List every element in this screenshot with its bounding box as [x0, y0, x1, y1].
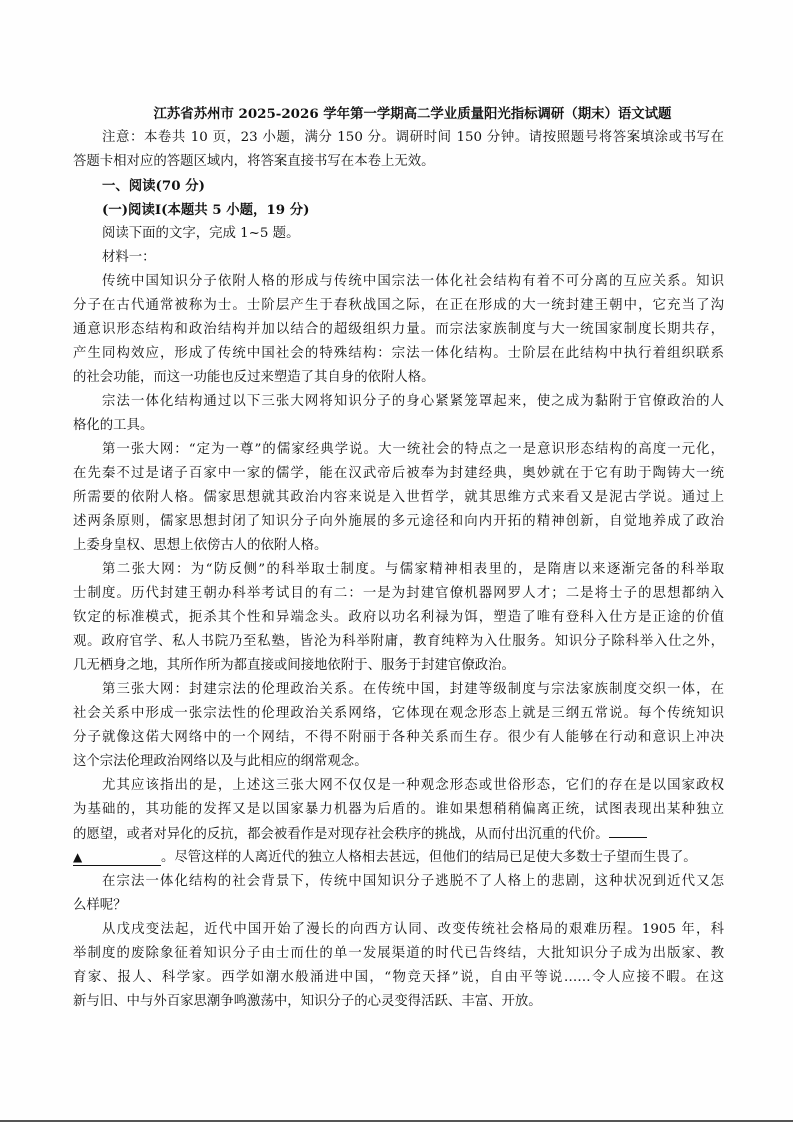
- triangle-marker-icon: ▲: [73, 850, 82, 864]
- paragraph-line: 上委身皇权、思想上依傍古人的依附人格。: [73, 534, 724, 558]
- page-title: 江苏省苏州市 2025-2026 学年第一学期高二学业质量阳光指标调研（期末）语…: [73, 102, 724, 126]
- paragraph-line: 第一张大网：“定为一尊”的儒家经典学说。大一统社会的特点之一是意识形态结构的高度…: [73, 438, 724, 462]
- paragraph-line: 么样呢？: [73, 894, 724, 918]
- paragraph-line: 这个宗法伦理政治网络以及与此相应的纲常观念。: [73, 750, 724, 774]
- paragraph-line-text: 。尽管这样的人离近代的独立人格相去甚远，但他们的结局已足使大多数士子望而生畏了。: [161, 850, 697, 865]
- paragraph-8: 从戊戌变法起，近代中国开始了漫长的向西方认同、改变传统社会格局的艰难历程。190…: [73, 918, 724, 1014]
- material-label: 材料一：: [73, 246, 724, 270]
- paragraph-line: 观。政府官学、私人书院乃至私塾，皆沦为科举附庸，教育纯粹为入仕服务。知识分子除科…: [73, 630, 724, 654]
- paragraph-line: 述两条原则，儒家思想封闭了知识分子向外施展的多元途径和向内开拓的精神创新，自觉地…: [73, 510, 724, 534]
- answer-blank[interactable]: ▲: [73, 850, 161, 866]
- paragraph-line: 传统中国知识分子依附人格的形成与传统中国宗法一体化社会结构有着不可分离的互应关系…: [73, 270, 724, 294]
- paragraph-line: 士制度。历代封建王朝办科举考试目的有二：一是为封建官僚机器网罗人才；二是将士子的…: [73, 582, 724, 606]
- instruction-text: 阅读下面的文字，完成 1~5 题。: [73, 222, 724, 246]
- paragraph-line: 从戊戌变法起，近代中国开始了漫长的向西方认同、改变传统社会格局的艰难历程。190…: [73, 918, 724, 942]
- paragraph-line: 所需要的依附人格。儒家思想就其政治内容来说是入世哲学，就其思维方式来看又是泥古学…: [73, 486, 724, 510]
- paragraph-line: 在宗法一体化结构的社会背景下，传统中国知识分子逃脱不了人格上的悲剧，这种状况到近…: [73, 870, 724, 894]
- paragraph-line: 为基础的，其功能的发挥又是以国家暴力机器为后盾的。谁如果想稍稍偏离正统，试图表现…: [73, 798, 724, 822]
- notice-line-2: 答题卡相对应的答题区域内，将答案直接书写在本卷上无效。: [73, 150, 724, 174]
- paragraph-line: 产生同构效应，形成了传统中国社会的特殊结构：宗法一体化结构。士阶层在此结构中执行…: [73, 342, 724, 366]
- page-content: 江苏省苏州市 2025-2026 学年第一学期高二学业质量阳光指标调研（期末）语…: [73, 102, 724, 1014]
- paragraph-line: 育家、报人、科学家。西学如潮水般涌进中国，“物竞天择”说，自由平等说……令人应接…: [73, 966, 724, 990]
- paragraph-line: 通意识形态结构和政治结构并加以结合的超级组织力量。而宗法家族制度与大一统国家制度…: [73, 318, 724, 342]
- subsection-heading: (一)阅读Ⅰ(本题共 5 小题，19 分): [73, 198, 724, 222]
- paragraph-line: 几无栖身之地，其所作所为都直接或间接地依附于、服务于封建官僚政治。: [73, 654, 724, 678]
- section-heading: 一、阅读(70 分): [73, 174, 724, 198]
- paragraph-4: 第二张大网：为“防反侧”的科举取士制度。与儒家精神相表里的，是隋唐以来逐渐完备的…: [73, 558, 724, 678]
- paragraph-7: 在宗法一体化结构的社会背景下，传统中国知识分子逃脱不了人格上的悲剧，这种状况到近…: [73, 870, 724, 918]
- paragraph-1: 传统中国知识分子依附人格的形成与传统中国宗法一体化社会结构有着不可分离的互应关系…: [73, 270, 724, 390]
- paragraph-line: 新与旧、中与外百家思潮争鸣激荡中，知识分子的心灵变得活跃、丰富、开放。: [73, 990, 724, 1014]
- paragraph-line: 尤其应该指出的是，上述这三张大网不仅仅是一种观念形态或世俗形态，它们的存在是以国…: [73, 774, 724, 798]
- paragraph-line: 分子就像这偌大网络中的一个网结，不得不附丽于各种关系而生存。很少有人能够在行动和…: [73, 726, 724, 750]
- paragraph-line: 第二张大网：为“防反侧”的科举取士制度。与儒家精神相表里的，是隋唐以来逐渐完备的…: [73, 558, 724, 582]
- paragraph-line: 格化的工具。: [73, 414, 724, 438]
- answer-blank-start[interactable]: [609, 822, 647, 838]
- paragraph-line-with-blank: 的愿望，或者对异化的反抗，都会被看作是对现存社会秩序的挑战，从而付出沉重的代价。: [73, 822, 724, 846]
- paragraph-2: 宗法一体化结构通过以下三张大网将知识分子的身心紧紧笼罩起来，使之成为黏附于官僚政…: [73, 390, 724, 438]
- paragraph-line-text: 的愿望，或者对异化的反抗，都会被看作是对现存社会秩序的挑战，从而付出沉重的代价。: [73, 827, 609, 842]
- notice-line-1: 注意：本卷共 10 页，23 小题，满分 150 分。调研时间 150 分钟。请…: [73, 126, 724, 150]
- paragraph-line: 分子在古代通常被称为士。士阶层产生于春秋战国之际，在正在形成的大一统封建王朝中，…: [73, 294, 724, 318]
- paragraph-line: 宗法一体化结构通过以下三张大网将知识分子的身心紧紧笼罩起来，使之成为黏附于官僚政…: [73, 390, 724, 414]
- paragraph-line: 在先秦不过是诸子百家中一家的儒学，能在汉武帝后被奉为封建经典，奥妙就在于它有助于…: [73, 462, 724, 486]
- document-page: 江苏省苏州市 2025-2026 学年第一学期高二学业质量阳光指标调研（期末）语…: [0, 0, 793, 1122]
- paragraph-line: 举制度的废除象征着知识分子由士而仕的单一发展渠道的时代已告终结，大批知识分子成为…: [73, 942, 724, 966]
- paragraph-line: 第三张大网：封建宗法的伦理政治关系。在传统中国，封建等级制度与宗法家族制度交织一…: [73, 678, 724, 702]
- paragraph-line-after-blank: ▲。尽管这样的人离近代的独立人格相去甚远，但他们的结局已足使大多数士子望而生畏了…: [73, 846, 724, 870]
- paragraph-5: 第三张大网：封建宗法的伦理政治关系。在传统中国，封建等级制度与宗法家族制度交织一…: [73, 678, 724, 774]
- paragraph-line: 社会关系中形成一张宗法性的伦理政治关系网络，它体现在观念形态上就是三纲五常说。每…: [73, 702, 724, 726]
- paragraph-line: 钦定的标准模式，扼杀其个性和异端念头。政府以功名利禄为饵，塑造了唯有登科入仕方是…: [73, 606, 724, 630]
- paragraph-line: 的社会功能，而这一功能也反过来塑造了其自身的依附人格。: [73, 366, 724, 390]
- paragraph-3: 第一张大网：“定为一尊”的儒家经典学说。大一统社会的特点之一是意识形态结构的高度…: [73, 438, 724, 558]
- paragraph-6: 尤其应该指出的是，上述这三张大网不仅仅是一种观念形态或世俗形态，它们的存在是以国…: [73, 774, 724, 870]
